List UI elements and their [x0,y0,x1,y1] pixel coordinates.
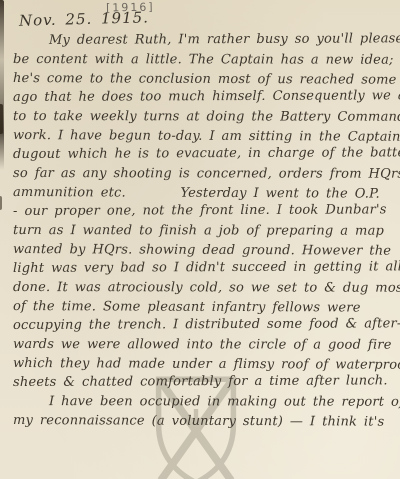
letter-line: ago that he does too much himself. Conse… [13,86,395,107]
letter-body: My dearest Ruth, I'm rather busy so you'… [13,31,395,430]
scan-edge-artifact [0,104,3,134]
letter-line: be content with a little. The Captain ha… [13,50,395,70]
scan-edge-shadow [0,0,4,170]
letter-date: Nov. 25. 1915. [19,8,149,29]
letter-line: dugout which he is to evacuate, in charg… [13,143,395,164]
letter-line: turn as I wanted to finish a job of prep… [13,221,395,241]
letter-line: so far as any shooting is concerned, ord… [13,164,395,184]
letter-line: occupying the trench. I distributed some… [13,314,395,335]
letter-line: done. It was atrociously cold, so we set… [13,278,395,298]
scan-edge-artifact [0,196,2,210]
letter-line: sheets & chatted comfortably for a time … [13,371,395,392]
letter-line: wards we were allowed into the circle of… [13,335,395,355]
letter-line: My dearest Ruth, I'm rather busy so you'… [13,29,395,50]
letter-line: I have been occupied in making out the r… [13,392,395,412]
letter-line: to to take weekly turns at doing the Bat… [13,107,395,127]
letter-line: light was very bad so I didn't succeed i… [13,257,395,278]
letter-page: [1916] Nov. 25. 1915. My dearest Ruth, I… [0,0,400,479]
letter-line: - our proper one, not the front line. I … [13,200,395,221]
letter-line: my reconnaissance (a voluntary stunt) — … [13,411,395,432]
